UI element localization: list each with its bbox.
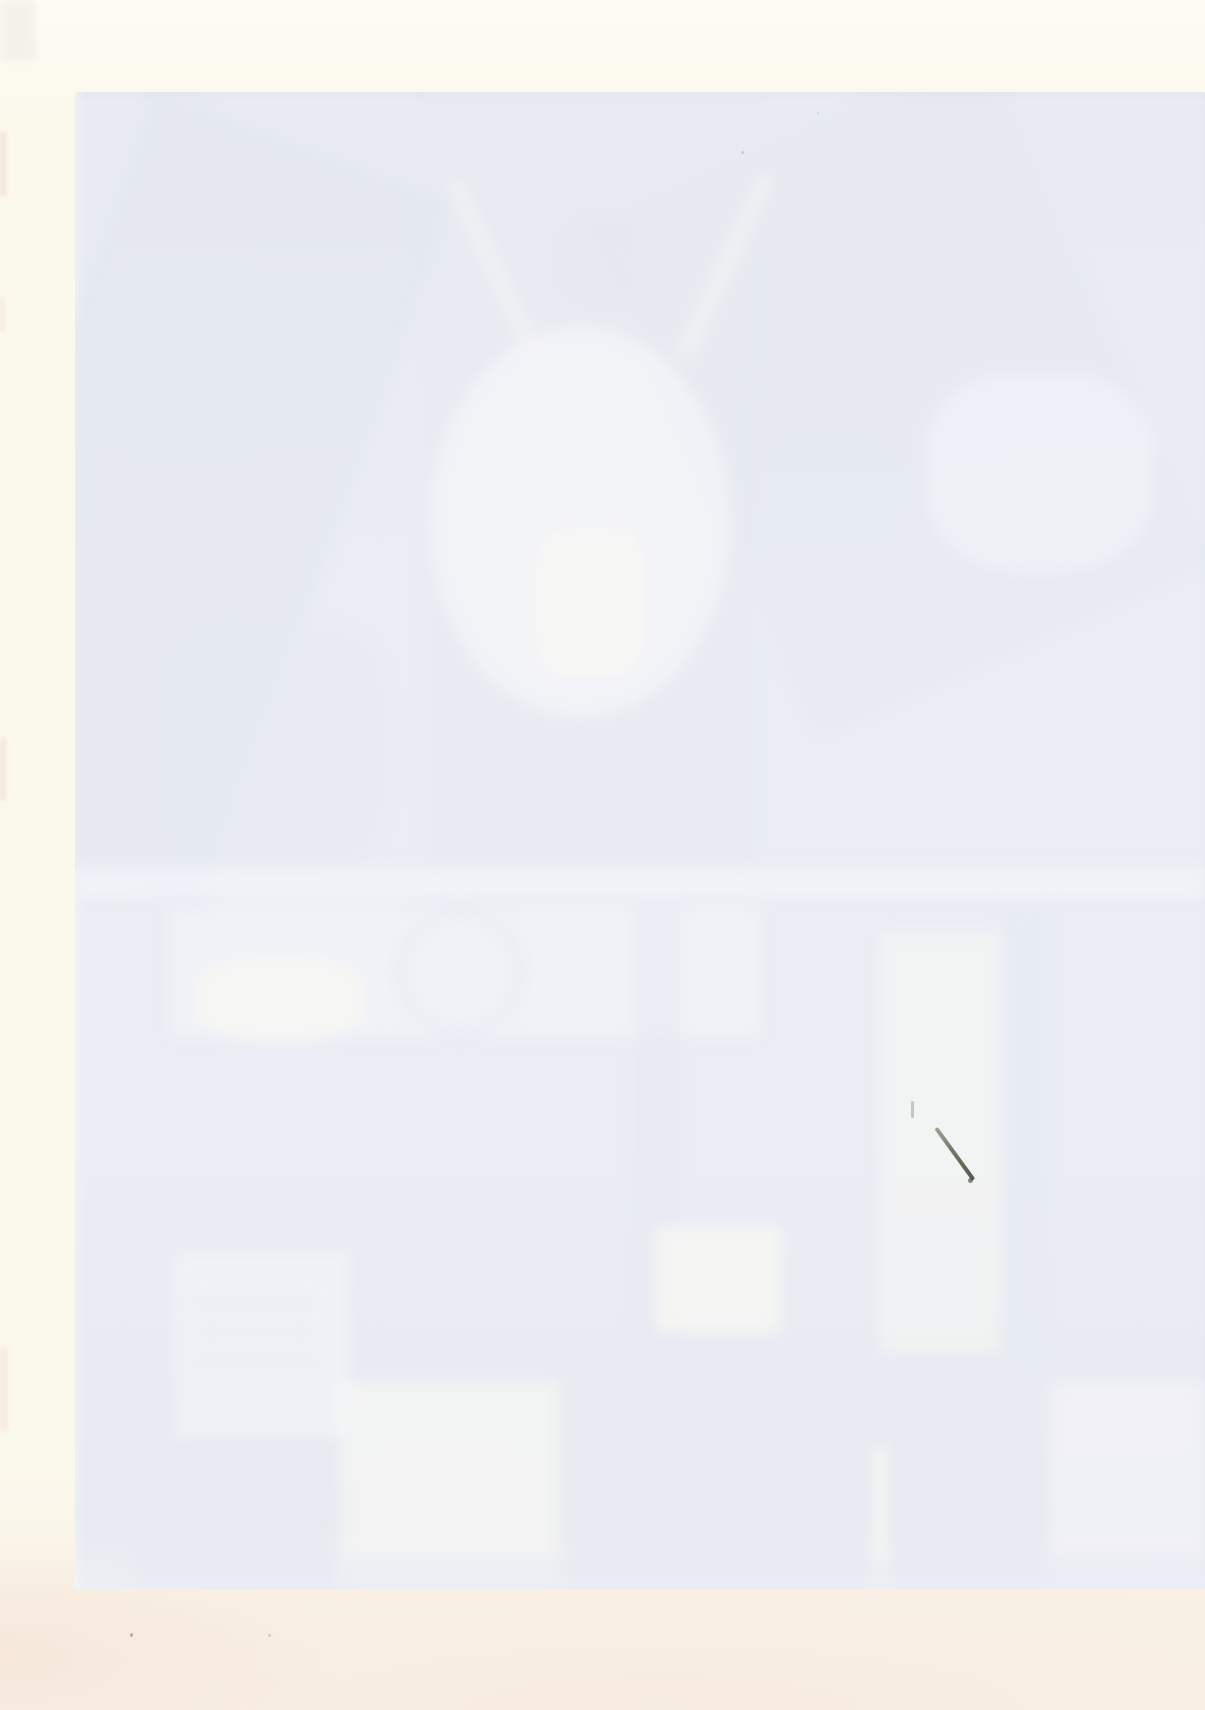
ghost-dark-column-2 xyxy=(1005,907,1047,1362)
edge-stain-pink xyxy=(0,132,6,196)
ghost-text-smudge xyxy=(200,1327,310,1337)
ghost-figure-highlight xyxy=(530,522,650,682)
pencil-dash-mark xyxy=(911,1101,914,1118)
ghost-helmet-ring xyxy=(395,907,525,1037)
ghost-mecha-head xyxy=(555,212,645,307)
ghost-white-blob xyxy=(195,957,365,1042)
corner-smudge xyxy=(0,0,36,60)
edge-stain-pink xyxy=(0,298,4,332)
ghost-text-smudge xyxy=(193,1357,318,1367)
dust-speck xyxy=(817,112,819,114)
ghost-light-patch-right xyxy=(925,372,1155,572)
ghost-text-panel xyxy=(175,1252,350,1437)
dust-speck xyxy=(741,151,744,154)
edge-stain-pink xyxy=(0,738,6,800)
ghost-bottom-dark-band xyxy=(135,1557,1205,1587)
ghost-panel-gutter-band xyxy=(75,868,1205,898)
edge-stain-pink xyxy=(0,1348,7,1432)
ghost-figure-lower-left xyxy=(170,622,390,872)
dust-speck xyxy=(268,1634,271,1637)
bleedthrough-scan-area xyxy=(75,92,1205,1590)
ghost-image-layer xyxy=(75,92,1205,1590)
ghost-white-patch xyxy=(655,1227,780,1332)
ghost-white-column xyxy=(880,932,1000,1352)
pen-stroke-tip xyxy=(968,1178,973,1183)
ghost-text-smudge xyxy=(195,1297,315,1307)
scanned-page xyxy=(0,0,1205,1710)
dust-speck xyxy=(130,1633,133,1637)
